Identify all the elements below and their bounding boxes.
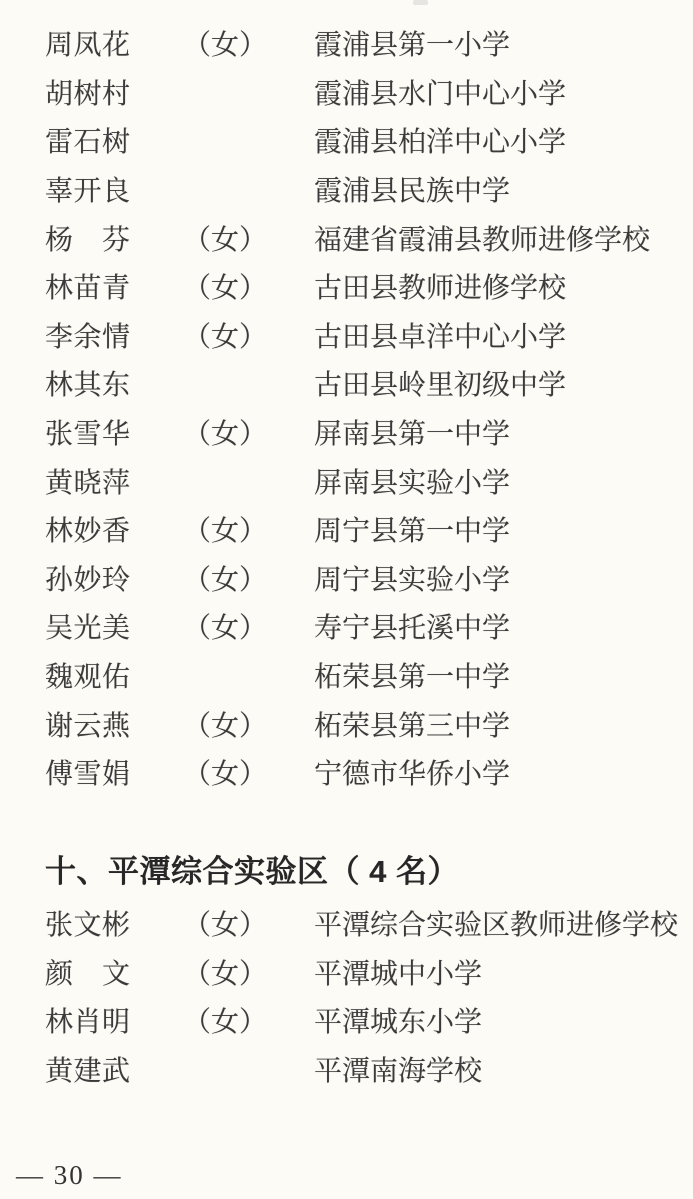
person-name: 颜 文 — [45, 961, 130, 989]
school-name: 柘荣县第三中学 — [314, 713, 510, 741]
document-page: 周凤花（女）霞浦县第一小学胡树村霞浦县水门中心小学雷石树霞浦县柏洋中心小学辜开良… — [0, 0, 693, 1199]
roster-row: 孙妙玲（女）周宁县实验小学 — [45, 557, 685, 606]
gender-label: （女） — [183, 324, 271, 352]
school-name: 柘荣县第一中学 — [314, 664, 510, 692]
gender-label: （女） — [183, 421, 271, 449]
roster-row: 张文彬（女）平潭综合实验区教师进修学校 — [45, 902, 685, 951]
school-name: 屏南县第一中学 — [314, 421, 510, 449]
roster-row: 傅雪娟（女）宁德市华侨小学 — [45, 751, 685, 800]
school-name: 平潭城中小学 — [314, 961, 482, 989]
roster-row: 李余情（女）古田县卓洋中心小学 — [45, 314, 685, 363]
roster-row: 颜 文（女）平潭城中小学 — [45, 951, 685, 1000]
person-name: 周凤花 — [45, 32, 130, 60]
person-name: 辜开良 — [45, 178, 130, 206]
roster-row: 林妙香（女）周宁县第一中学 — [45, 508, 685, 557]
roster-row: 雷石树霞浦县柏洋中心小学 — [45, 119, 685, 168]
person-name: 吴光美 — [45, 615, 130, 643]
person-name: 胡树村 — [45, 81, 130, 109]
roster-row: 魏观佑柘荣县第一中学 — [45, 654, 685, 703]
scan-artifact — [413, 0, 428, 5]
roster-block-pingtan: 张文彬（女）平潭综合实验区教师进修学校颜 文（女）平潭城中小学林肖明（女）平潭城… — [45, 902, 685, 1096]
person-name: 林其东 — [45, 372, 130, 400]
school-name: 古田县岭里初级中学 — [314, 372, 566, 400]
person-name: 孙妙玲 — [45, 567, 130, 595]
person-name: 傅雪娟 — [45, 761, 130, 789]
school-name: 平潭综合实验区教师进修学校 — [314, 912, 678, 940]
school-name: 福建省霞浦县教师进修学校 — [314, 227, 650, 255]
person-name: 张雪华 — [45, 421, 130, 449]
school-name: 霞浦县民族中学 — [314, 178, 510, 206]
gender-label: （女） — [183, 1009, 271, 1037]
person-name: 林肖明 — [45, 1009, 130, 1037]
roster-row: 黄晓萍屏南县实验小学 — [45, 459, 685, 508]
school-name: 古田县卓洋中心小学 — [314, 324, 566, 352]
school-name: 平潭南海学校 — [314, 1058, 482, 1086]
gender-label: （女） — [183, 961, 271, 989]
gender-label: （女） — [183, 615, 271, 643]
roster-block-ningde: 周凤花（女）霞浦县第一小学胡树村霞浦县水门中心小学雷石树霞浦县柏洋中心小学辜开良… — [45, 22, 685, 800]
roster-row: 张雪华（女）屏南县第一中学 — [45, 411, 685, 460]
person-name: 林妙香 — [45, 518, 130, 546]
school-name: 寿宁县托溪中学 — [314, 615, 510, 643]
gender-label: （女） — [183, 713, 271, 741]
school-name: 宁德市华侨小学 — [314, 761, 510, 789]
page-footer: — 30 — — [16, 1160, 123, 1191]
person-name: 雷石树 — [45, 129, 130, 157]
roster-row: 吴光美（女）寿宁县托溪中学 — [45, 605, 685, 654]
roster-row: 黄建武平潭南海学校 — [45, 1048, 685, 1097]
roster-row: 辜开良霞浦县民族中学 — [45, 168, 685, 217]
roster-row: 林苗青（女）古田县教师进修学校 — [45, 265, 685, 314]
roster-row: 胡树村霞浦县水门中心小学 — [45, 71, 685, 120]
person-name: 黄晓萍 — [45, 470, 130, 498]
school-name: 周宁县实验小学 — [314, 567, 510, 595]
school-name: 霞浦县第一小学 — [314, 32, 510, 60]
gender-label: （女） — [183, 227, 271, 255]
gender-label: （女） — [183, 761, 271, 789]
gender-label: （女） — [183, 912, 271, 940]
school-name: 屏南县实验小学 — [314, 470, 510, 498]
gender-label: （女） — [183, 567, 271, 595]
school-name: 霞浦县水门中心小学 — [314, 81, 566, 109]
person-name: 林苗青 — [45, 275, 130, 303]
school-name: 平潭城东小学 — [314, 1009, 482, 1037]
school-name: 周宁县第一中学 — [314, 518, 510, 546]
school-name: 霞浦县柏洋中心小学 — [314, 129, 566, 157]
roster-row: 杨 芬（女）福建省霞浦县教师进修学校 — [45, 216, 685, 265]
section-heading-pingtan: 十、平潭综合实验区（ 4 名） — [45, 852, 459, 892]
person-name: 谢云燕 — [45, 713, 130, 741]
person-name: 魏观佑 — [45, 664, 130, 692]
roster-row: 林其东古田县岭里初级中学 — [45, 362, 685, 411]
gender-label: （女） — [183, 275, 271, 303]
roster-row: 林肖明（女）平潭城东小学 — [45, 999, 685, 1048]
person-name: 杨 芬 — [45, 227, 130, 255]
roster-row: 周凤花（女）霞浦县第一小学 — [45, 22, 685, 71]
person-name: 黄建武 — [45, 1058, 130, 1086]
roster-row: 谢云燕（女）柘荣县第三中学 — [45, 702, 685, 751]
person-name: 李余情 — [45, 324, 130, 352]
page-number: — 30 — — [16, 1160, 123, 1190]
school-name: 古田县教师进修学校 — [314, 275, 566, 303]
person-name: 张文彬 — [45, 912, 130, 940]
gender-label: （女） — [183, 518, 271, 546]
gender-label: （女） — [183, 32, 271, 60]
